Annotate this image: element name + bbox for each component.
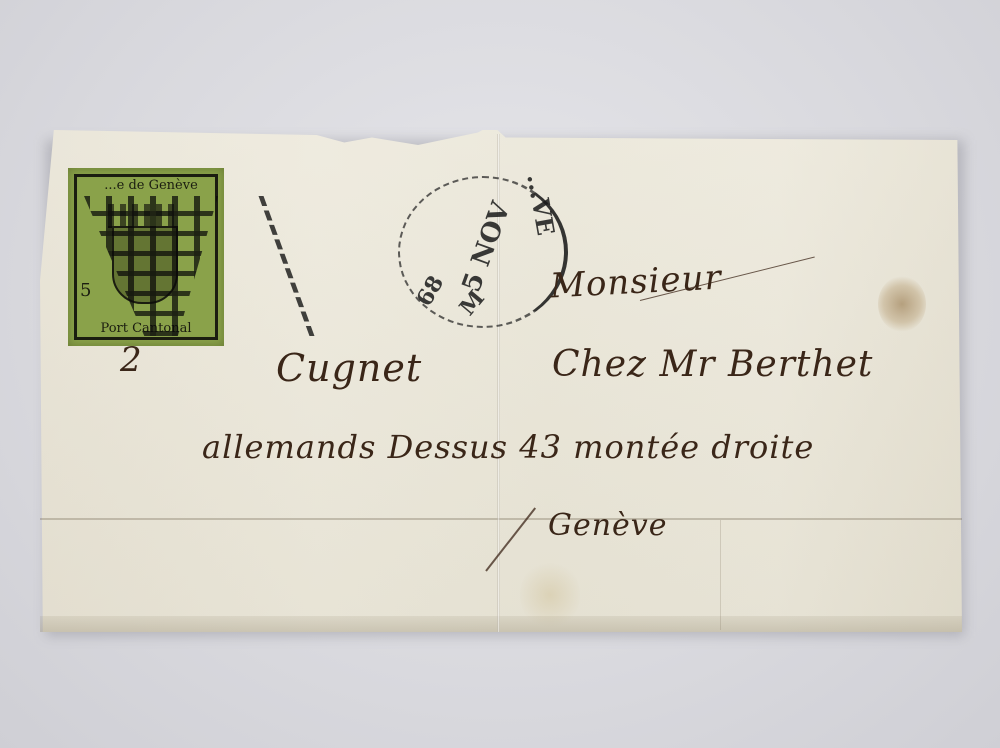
bottom-fold — [40, 616, 962, 632]
address-street: allemands Dessus 43 montée droite — [202, 428, 814, 466]
address-name: Cugnet — [276, 346, 422, 390]
secondary-fold — [720, 520, 721, 630]
address-care-of: Chez Mr Berthet — [552, 344, 873, 385]
stamp-top-text: ...e de Genève — [88, 178, 214, 193]
faint-stain — [520, 560, 580, 630]
foxing-stain — [878, 276, 926, 332]
horizontal-fold — [40, 518, 962, 520]
rate-mark: 2 — [120, 340, 143, 380]
stamp-value: 5 — [80, 280, 91, 301]
address-city: Genève — [548, 508, 668, 543]
